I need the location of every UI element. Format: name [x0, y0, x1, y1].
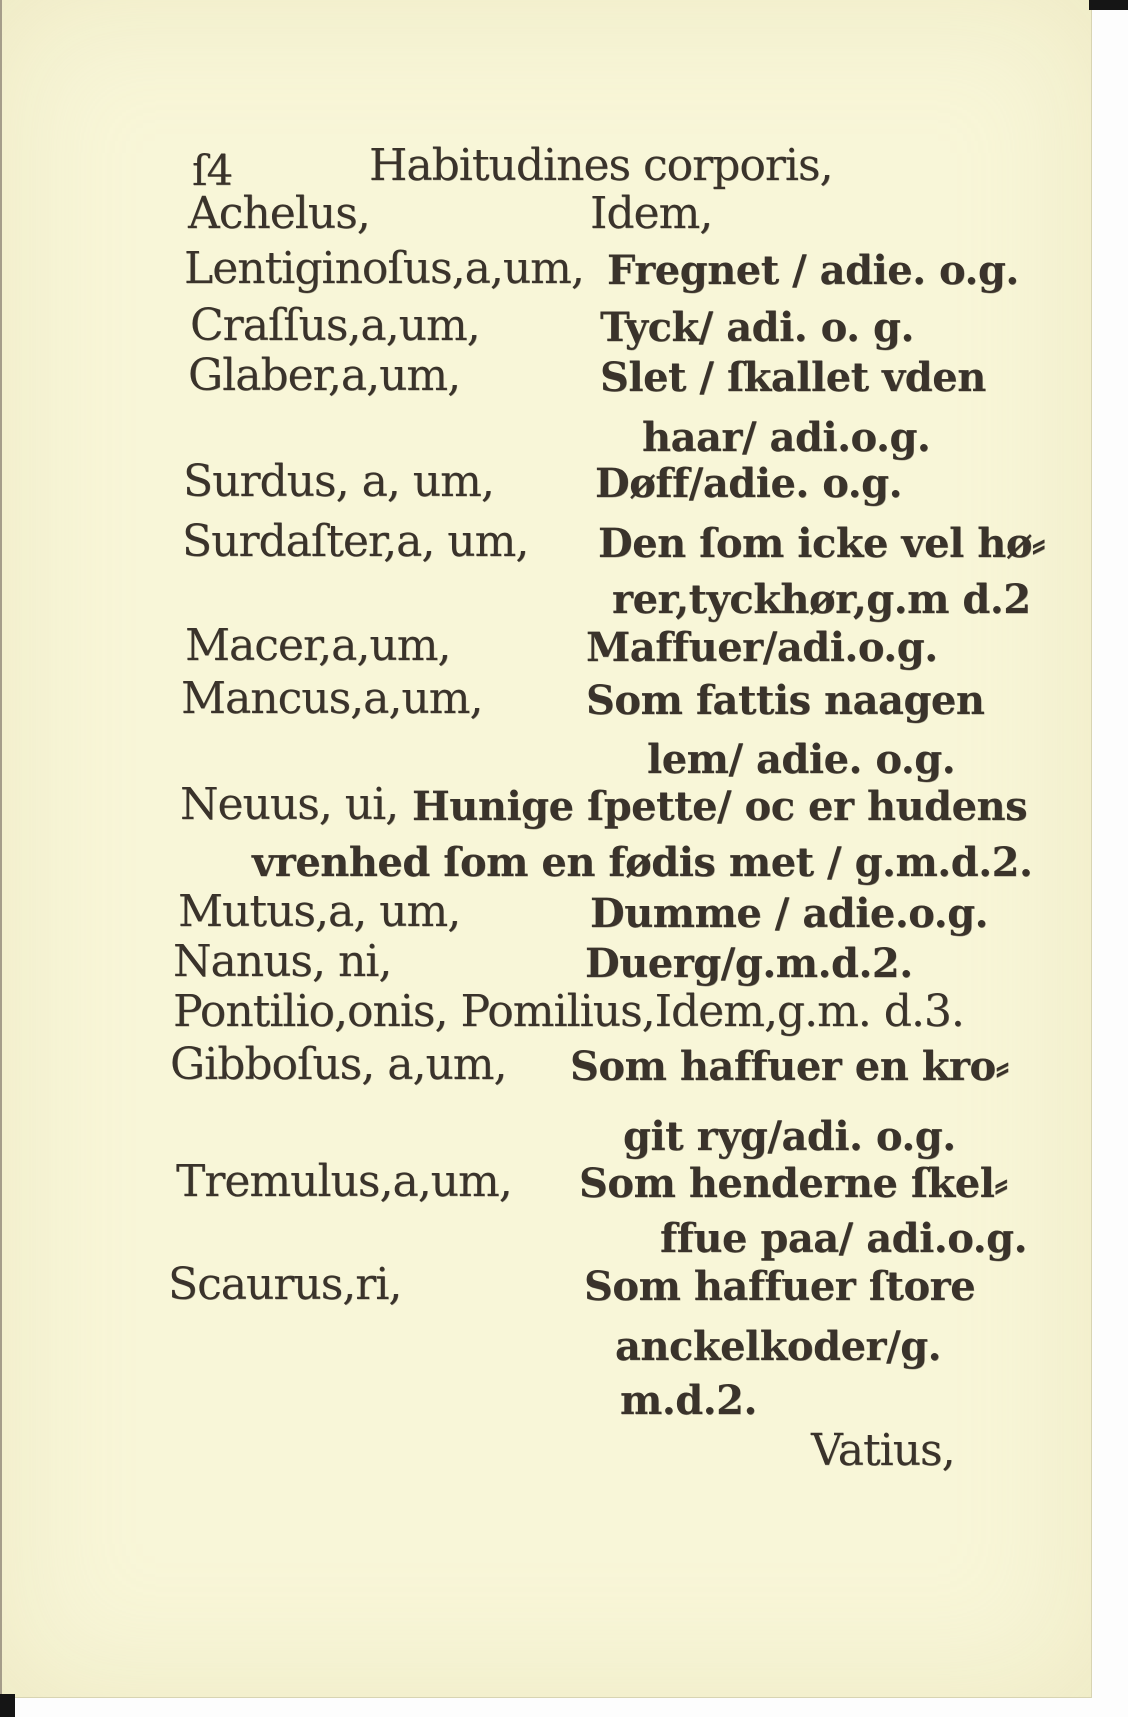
entry-def-neuus: Hunige ſpette/ oc er hudens: [412, 787, 1027, 827]
entry-latin-surdus: Surdus, a, um,: [183, 460, 494, 504]
entry-latin-macer: Macer,a,um,: [185, 624, 450, 668]
entry-latin-tremulus: Tremulus,a,um,: [176, 1160, 512, 1204]
entry-def-mancus: Som fattis naagen: [586, 681, 984, 721]
entry-def-glaber-cont: haar/ adi.o.g.: [642, 418, 930, 458]
scan-artifact-top-right: [1089, 0, 1128, 10]
catchword: Vatius,: [811, 1429, 955, 1473]
entry-def-surdaster-cont: rer,tyckhør,g.m d.2: [612, 580, 1031, 620]
entry-def-scaurus-cont: anckelkoder/g.: [615, 1327, 941, 1367]
entry-latin-surdaster: Surdaſter,a, um,: [182, 520, 528, 564]
entry-latin-pontilio: Pontilio,onis, Pomilius,Idem,g.m. d.3.: [173, 990, 964, 1034]
entry-def-scaurus: Som haffuer ſtore: [584, 1267, 975, 1307]
entry-def-achelus: Idem,: [590, 192, 712, 236]
entry-def-scaurus-cont2: m.d.2.: [620, 1381, 757, 1421]
entry-def-glaber: Slet / ſkallet vden: [600, 358, 986, 398]
entry-def-crassus: Tyck/ adi. o. g.: [600, 308, 914, 348]
entry-def-neuus-cont: vrenhed ſom en fødis met / g.m.d.2.: [252, 843, 1032, 883]
entry-def-surdaster: Den ſom icke vel hø⸗: [598, 524, 1045, 564]
entry-def-tremulus: Som henderne ſkel⸗: [579, 1164, 1007, 1204]
running-header: Habitudines corporis,: [369, 144, 833, 188]
entry-latin-achelus: Achelus,: [188, 192, 370, 236]
entry-def-mancus-cont: lem/ adie. o.g.: [647, 740, 955, 780]
entry-def-lentiginosus: Fregnet / adie. o.g.: [607, 251, 1019, 291]
entry-def-nanus: Duerg/g.m.d.2.: [585, 944, 913, 984]
entry-latin-mutus: Mutus,a, um,: [178, 890, 460, 934]
scan-artifact-bottom-left: [0, 1694, 15, 1717]
entry-latin-mancus: Mancus,a,um,: [181, 677, 482, 721]
entry-def-surdus: Døff/adie. o.g.: [595, 464, 902, 504]
scan-edge-left: [0, 0, 2, 1697]
entry-def-gibbosus: Som haffuer en kro⸗: [570, 1047, 1009, 1087]
entry-def-mutus: Dumme / adie.o.g.: [590, 894, 988, 934]
scanned-book-page: ſ4 Habitudines corporis, Achelus, Idem, …: [0, 0, 1128, 1717]
entry-latin-lentiginosus: Lentiginoſus,a,um,: [184, 247, 584, 291]
entry-def-gibbosus-cont: git ryg/adi. o.g.: [623, 1117, 956, 1157]
page-number: ſ4: [192, 150, 232, 192]
entry-latin-neuus: Neuus, ui,: [180, 783, 398, 827]
entry-def-macer: Maffuer/adi.o.g.: [586, 628, 938, 668]
entry-latin-glaber: Glaber,a,um,: [188, 354, 460, 398]
entry-latin-nanus: Nanus, ni,: [173, 940, 391, 984]
entry-latin-gibbosus: Gibboſus, a,um,: [170, 1043, 506, 1087]
entry-latin-scaurus: Scaurus,ri,: [168, 1263, 401, 1307]
entry-latin-crassus: Craſſus,a,um,: [190, 304, 480, 348]
entry-def-tremulus-cont: ffue paa/ adi.o.g.: [660, 1219, 1027, 1259]
